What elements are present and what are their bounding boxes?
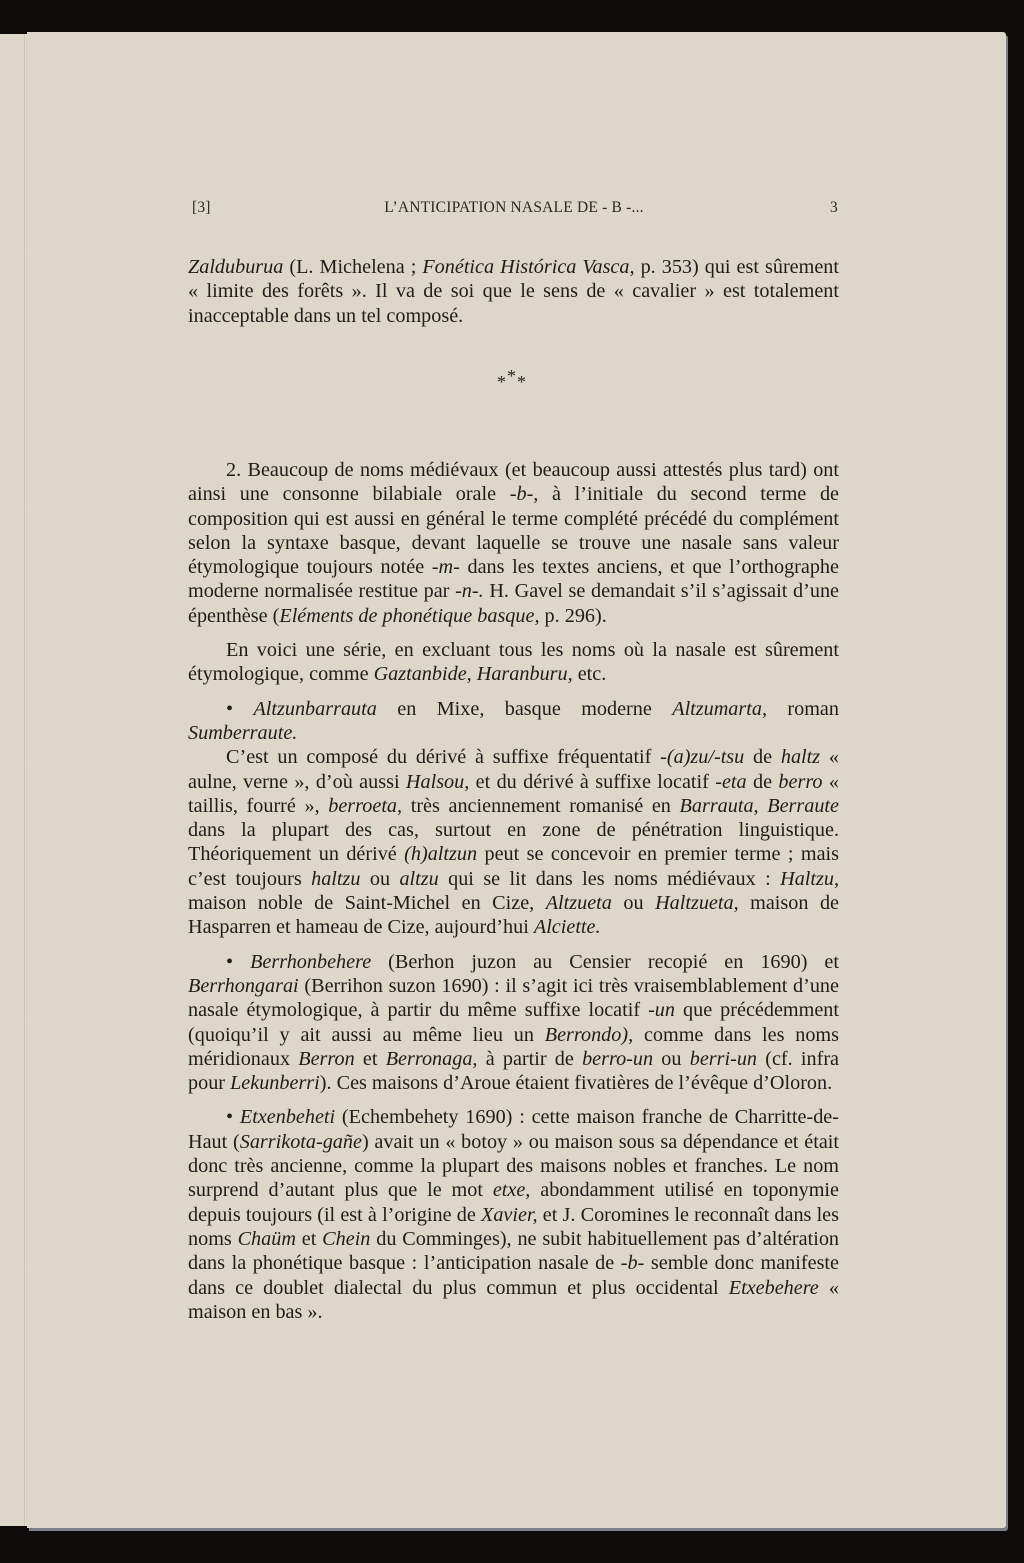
text-run: en Mixe, basque moderne [377, 698, 672, 720]
text-run: ). Ces maisons d’Aroue étaient fivatière… [320, 1072, 832, 1094]
italic-term: berro-un [582, 1048, 653, 1070]
asterisk: * [497, 372, 507, 392]
paragraph-altzunbarrauta-explanation: C’est un composé du dérivé à suffixe fré… [188, 745, 839, 939]
italic-term: -b-, [510, 483, 539, 505]
italic-term: Alciette. [534, 916, 601, 938]
italic-term: Etxebehere [729, 1277, 819, 1299]
italic-term: -n-. [455, 580, 484, 602]
italic-term: berri-un [690, 1048, 757, 1070]
text-run: très anciennement romanisé en [402, 795, 679, 817]
italic-term: Haltzueta, [655, 892, 739, 914]
asterisk: * [507, 366, 517, 386]
italic-term: berroeta, [328, 795, 402, 817]
text-run: de [747, 771, 779, 793]
italic-term: berro [778, 771, 822, 793]
italic-term: Lekunberri [230, 1072, 320, 1094]
previous-page-edge [0, 34, 27, 1526]
text-run: et du dérivé à suffixe locatif [469, 771, 715, 793]
text-run: p. 296). [540, 605, 607, 627]
text-run: et [355, 1048, 386, 1070]
text-run: et [296, 1228, 322, 1250]
bullet: • [226, 698, 253, 720]
italic-term: -eta [715, 771, 746, 793]
text-run: roman [767, 698, 839, 720]
italic-term: etxe, [493, 1179, 531, 1201]
italic-term: -(a)zu/-tsu [660, 746, 744, 768]
book-spine-gutter [24, 34, 27, 1526]
entry-etxenbeheti: • Etxenbeheti (Echembehety 1690) : cette… [188, 1105, 839, 1324]
italic-term: Chein [322, 1228, 370, 1250]
text-run: maison noble de Saint-Michel en Cize, [188, 892, 546, 914]
italic-term: Altzunbarrauta [253, 698, 376, 720]
text-run: (Berhon juzon au Censier recopié en 1690… [371, 951, 839, 973]
italic-term: altzu [399, 868, 438, 890]
italic-term: Altzumarta, [672, 698, 767, 720]
italic-term: (h)altzun [404, 843, 477, 865]
italic-term: Altzueta [546, 892, 612, 914]
text-run: ou [360, 868, 399, 890]
italic-title: Fonética Histórica Vasca, [422, 256, 634, 278]
paragraph-series-intro: En voici une série, en excluant tous les… [188, 638, 839, 687]
italic-term: Berrhongarai [188, 975, 299, 997]
page-number: 3 [830, 199, 838, 217]
paragraph-zalduburua: Zalduburua (L. Michelena ; Fonética Hist… [188, 255, 839, 328]
bullet: • [226, 951, 250, 973]
text-run: de [744, 746, 781, 768]
entry-berrhonbehere: • Berrhonbehere (Berhon juzon au Censier… [188, 950, 839, 1096]
text-run: à partir de [477, 1048, 582, 1070]
italic-term: haltz [781, 746, 820, 768]
italic-term: Berrondo), [545, 1024, 633, 1046]
italic-title: Eléments de phonétique basque, [279, 605, 539, 627]
running-title: L’ANTICIPATION NASALE DE - B -... [190, 199, 838, 217]
italic-term: Berron [298, 1048, 354, 1070]
italic-term: haltzu [311, 868, 360, 890]
paragraph-section-2: 2. Beaucoup de noms médiévaux (et beauco… [188, 458, 839, 628]
bullet: • [226, 1106, 240, 1128]
italic-term: Berrhonbehere [250, 951, 371, 973]
italic-term: Etxenbeheti [240, 1106, 335, 1128]
italic-term: Chaüm [238, 1228, 296, 1250]
text-run: etc. [573, 663, 607, 685]
italic-term: -b- [621, 1252, 645, 1274]
running-header: [3] L’ANTICIPATION NASALE DE - B -... 3 [190, 199, 838, 221]
italic-term: Sarrikota-gañe [240, 1131, 362, 1153]
section-separator-asterism: *** [0, 372, 1024, 393]
section-2-body: 2. Beaucoup de noms médiévaux (et beauco… [188, 458, 839, 1324]
text-run: ou [653, 1048, 690, 1070]
text-run: C’est un composé du dérivé à suffixe fré… [226, 746, 660, 768]
entry-altzunbarrauta: • Altzunbarrauta en Mixe, basque moderne… [188, 697, 839, 746]
italic-term: -un [648, 999, 675, 1021]
text-run: (L. Michelena ; [283, 256, 422, 278]
text-run: qui se lit dans les noms médiévaux : [439, 868, 780, 890]
asterisk: * [517, 372, 527, 392]
text-run: ou [612, 892, 655, 914]
italic-term: Berronaga, [386, 1048, 478, 1070]
italic-term: -m- [432, 556, 460, 578]
italic-term: Barrauta, Berraute [680, 795, 839, 817]
italic-term: Sumberraute. [188, 722, 297, 744]
italic-term: Zalduburua [188, 256, 283, 278]
italic-term: Haltzu, [780, 868, 839, 890]
italic-term: Xavier, [481, 1204, 538, 1226]
italic-term: Gaztanbide, Haranburu, [374, 663, 573, 685]
italic-term: Halsou, [406, 771, 469, 793]
